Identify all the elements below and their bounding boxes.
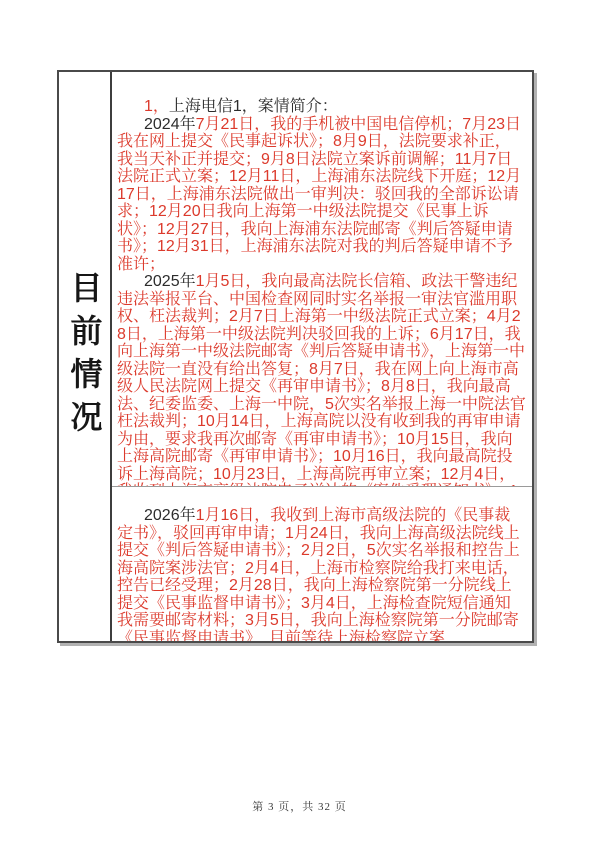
page-number: 第 3 页，共 32 页 xyxy=(0,798,599,814)
case-detail-column: 1，上海电信1，案情简介： 2024年7月21日，我的手机被中国电信停机；7月2… xyxy=(112,72,532,641)
timeline-2024: 2024年7月21日，我的手机被中国电信停机；7月23日我在网上提交《民事起诉状… xyxy=(117,116,526,274)
row-header-label: 目前情况 xyxy=(69,271,101,443)
case-title: 上海电信1，案情简介： xyxy=(169,98,338,115)
timeline-2024-events: 7月21日，我的手机被中国电信停机；7月23日我在网上提交《民事起诉状》；8月9… xyxy=(117,116,521,273)
case-intro-line: 1，上海电信1，案情简介： xyxy=(117,98,526,116)
timeline-2025-year: 2025年 xyxy=(144,273,196,290)
row-header-cell: 目前情况 xyxy=(59,72,112,641)
document-page: 目前情况 1，上海电信1，案情简介： 2024年7月21日，我的手机被中国电信停… xyxy=(0,0,599,848)
timeline-2026-year: 2026年 xyxy=(144,507,196,524)
timeline-2024-year: 2024年 xyxy=(144,116,196,133)
timeline-2026: 2026年1月16日，我收到上海市高级法院的《民事裁定书》，驳回再审申请；1月2… xyxy=(117,507,526,641)
timeline-2026-events: 1月16日，我收到上海市高级法院的《民事裁定书》，驳回再审申请；1月24日，我向… xyxy=(117,507,520,641)
timeline-2025-events: 1月5日，我向最高法院长信箱、政法干警违纪违法举报平台、中国检查网同时实名举报一… xyxy=(117,273,526,487)
case-status-table: 目前情况 1，上海电信1，案情简介： 2024年7月21日，我的手机被中国电信停… xyxy=(57,70,534,643)
case-section-2024-2025: 1，上海电信1，案情简介： 2024年7月21日，我的手机被中国电信停机；7月2… xyxy=(112,72,532,487)
timeline-2025: 2025年1月5日，我向最高法院长信箱、政法干警违纪违法举报平台、中国检查网同时… xyxy=(117,273,526,487)
case-number: 1， xyxy=(144,98,169,115)
case-section-2026: 2026年1月16日，我收到上海市高级法院的《民事裁定书》，驳回再审申请；1月2… xyxy=(112,487,532,641)
